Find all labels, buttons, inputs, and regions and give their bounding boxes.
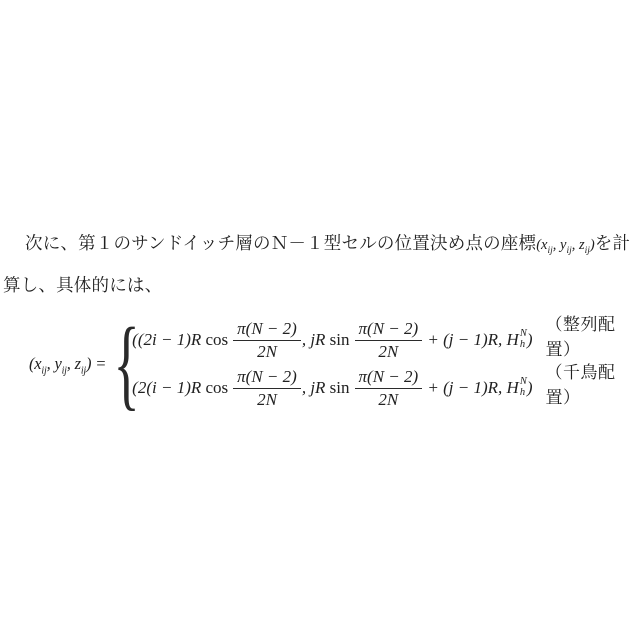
H-superscript: N — [520, 328, 527, 339]
piecewise-formula: (xij, yij, zij) = { ((2i − 1)R cosπ(N − … — [29, 315, 640, 413]
sin-operator: sin — [330, 330, 350, 350]
var-H: H — [507, 330, 519, 350]
fraction-denominator: 2N — [378, 341, 398, 361]
paragraph-line-1: 次に、第１のサンドイッチ層のＮ－１型セルの位置決め点の座標(xij, yij, … — [3, 223, 625, 265]
formula-cases: ((2i − 1)R cosπ(N − 2)2N, jR sinπ(N − 2)… — [132, 317, 532, 411]
case1-prefix: ((2i − 1)R — [132, 330, 205, 350]
fraction: π(N − 2)2N — [355, 319, 423, 360]
fraction-numerator: π(N − 2) — [233, 319, 301, 340]
fraction-numerator: π(N − 2) — [355, 367, 423, 388]
H-subscript: h — [520, 387, 527, 398]
fraction-numerator: π(N − 2) — [233, 367, 301, 388]
H-sup-sub: Nh — [520, 376, 527, 398]
paren-close: ) — [527, 330, 533, 350]
fraction-denominator: 2N — [257, 341, 277, 361]
fraction-numerator: π(N − 2) — [355, 319, 423, 340]
case1-suffix: + (j − 1)R, — [423, 330, 506, 350]
sin-operator: sin — [330, 378, 350, 398]
fraction-denominator: 2N — [378, 389, 398, 409]
paragraph: 次に、第１のサンドイッチ層のＮ－１型セルの位置決め点の座標(xij, yij, … — [3, 223, 625, 305]
comma: , — [67, 354, 75, 373]
var-y: y — [54, 354, 61, 373]
case2-prefix: (2(i − 1)R — [132, 378, 205, 398]
case2-middle: , jR — [302, 378, 330, 398]
paren-close-equals: ) = — [86, 354, 106, 373]
fraction: π(N − 2)2N — [233, 367, 301, 408]
H-subscript: h — [520, 339, 527, 350]
var-H: H — [507, 378, 519, 398]
cos-operator: cos — [205, 378, 228, 398]
comma: , — [572, 237, 579, 253]
fraction-denominator: 2N — [257, 389, 277, 409]
case-label-staggered: （千鳥配置） — [546, 360, 640, 406]
cos-operator: cos — [205, 330, 228, 350]
cases-brace: { — [114, 313, 127, 415]
case2-suffix: + (j − 1)R, — [423, 378, 506, 398]
inline-coordinates-math: (xij, yij, zij) — [536, 237, 595, 253]
formula-lhs: (xij, yij, zij) = — [29, 354, 106, 374]
paragraph-line-1-text: 次に、第１のサンドイッチ層のＮ－１型セルの位置決め点の座標 — [25, 233, 536, 253]
fraction: π(N − 2)2N — [233, 319, 301, 360]
paren-close: ) — [527, 378, 533, 398]
comma: , — [553, 237, 560, 253]
H-superscript: N — [520, 376, 527, 387]
document-page: 次に、第１のサンドイッチ層のＮ－１型セルの位置決め点の座標(xij, yij, … — [0, 0, 640, 640]
formula-case-1: ((2i − 1)R cosπ(N − 2)2N, jR sinπ(N − 2)… — [132, 317, 532, 363]
H-sup-sub: Nh — [520, 328, 527, 350]
paragraph-line-2: 算し、具体的には、 — [3, 265, 625, 305]
paragraph-line-1-tail: を計 — [595, 233, 630, 253]
case-labels: （整列配置） （千鳥配置） — [546, 315, 640, 413]
case1-middle: , jR — [302, 330, 330, 350]
paragraph-line-2-text: 算し、具体的には、 — [3, 275, 162, 295]
case-label-aligned: （整列配置） — [546, 312, 640, 358]
formula-case-2: (2(i − 1)R cosπ(N − 2)2N, jR sinπ(N − 2)… — [132, 365, 532, 411]
fraction: π(N − 2)2N — [355, 367, 423, 408]
